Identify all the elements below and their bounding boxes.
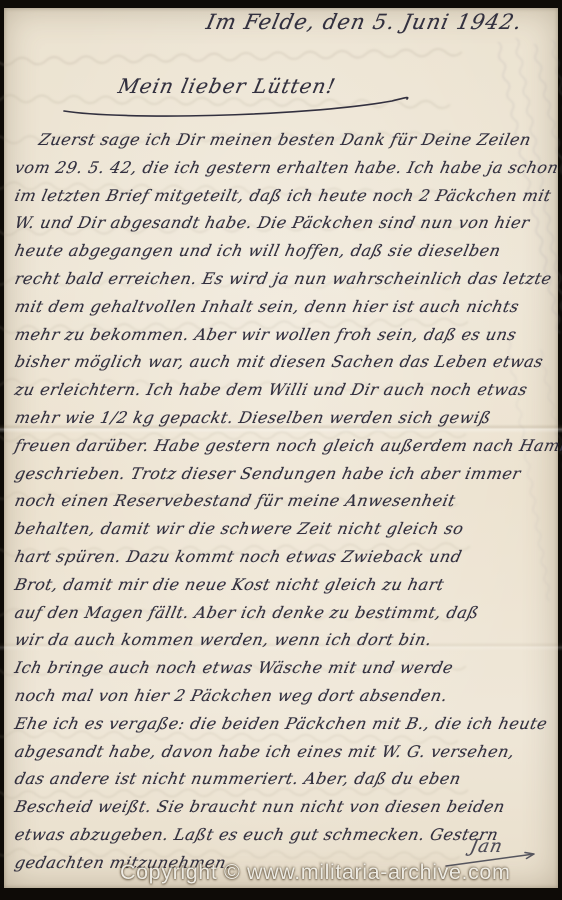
- handwriting-layer: Im Felde, den 5. Juni 1942. Mein lieber …: [0, 0, 562, 900]
- handwriting-line: im letzten Brief mitgeteilt, daß ich heu…: [12, 182, 558, 210]
- handwriting-line: freuen darüber. Habe gestern noch gleich…: [12, 432, 558, 460]
- handwriting-line: geschrieben. Trotz dieser Sendungen habe…: [12, 460, 558, 488]
- handwriting-line: bisher möglich war, auch mit diesen Sach…: [12, 348, 558, 376]
- handwriting-line: mehr zu bekommen. Aber wir wollen froh s…: [12, 321, 558, 349]
- handwriting-line: Brot, damit mir die neue Kost nicht glei…: [12, 571, 558, 599]
- copyright-watermark: Copyright © www.militaria-archive.com: [120, 860, 511, 885]
- scanned-letter: Im Felde, den 5. Juni 1942. Mein lieber …: [0, 0, 562, 900]
- handwriting-line: vom 29. 5. 42, die ich gestern erhalten …: [12, 154, 558, 182]
- handwriting-line: Ich bringe auch noch etwas Wäsche mit un…: [12, 654, 558, 682]
- handwriting-line: recht bald erreichen. Es wird ja nun wah…: [12, 265, 558, 293]
- handwriting-line: mehr wie 1/2 kg gepackt. Dieselben werde…: [12, 404, 558, 432]
- handwriting-line: mit dem gehaltvollen Inhalt sein, denn h…: [12, 293, 558, 321]
- handwriting-line: auf den Magen fällt. Aber ich denke zu b…: [12, 599, 558, 627]
- signature: Jan: [468, 836, 505, 857]
- handwriting-line: das andere ist nicht nummeriert. Aber, d…: [12, 765, 558, 793]
- handwriting-line: W. und Dir abgesandt habe. Die Päckchen …: [12, 209, 558, 237]
- handwriting-line: Ehe ich es vergaße: die beiden Päckchen …: [12, 710, 558, 738]
- handwriting-line: wir da auch kommen werden, wenn ich dort…: [12, 626, 558, 654]
- handwriting-line: zu erleichtern. Ich habe dem Willi und D…: [12, 376, 558, 404]
- handwriting-line: noch mal von hier 2 Päckchen weg dort ab…: [12, 682, 558, 710]
- handwriting-line: noch einen Reservebestand für meine Anwe…: [12, 487, 558, 515]
- handwriting-line: Bescheid weißt. Sie braucht nun nicht vo…: [12, 793, 558, 821]
- date-line: Im Felde, den 5. Juni 1942.: [204, 10, 525, 34]
- salutation: Mein lieber Lütten!: [116, 74, 338, 98]
- handwriting-line: heute abgegangen und ich will hoffen, da…: [12, 237, 558, 265]
- handwriting-line: Zuerst sage ich Dir meinen besten Dank f…: [12, 126, 558, 154]
- handwriting-line: behalten, damit wir die schwere Zeit nic…: [12, 515, 558, 543]
- letter-body: Zuerst sage ich Dir meinen besten Dank f…: [12, 126, 552, 877]
- handwriting-line: abgesandt habe, davon habe ich eines mit…: [12, 738, 558, 766]
- handwriting-line: hart spüren. Dazu kommt noch etwas Zwieb…: [12, 543, 558, 571]
